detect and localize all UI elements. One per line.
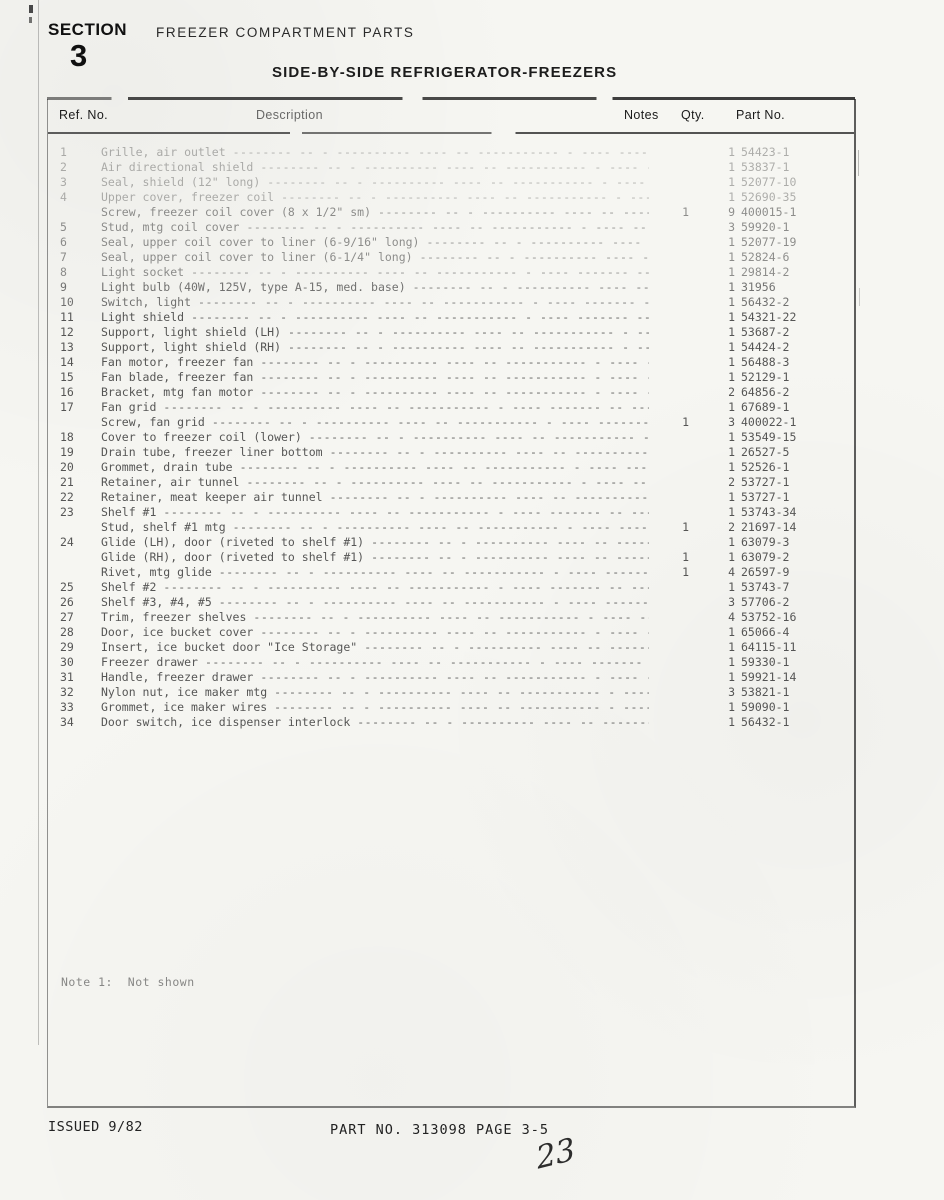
cell-qty: 1 — [693, 250, 739, 265]
cell-part-no: 59920-1 — [739, 220, 854, 235]
cell-ref-no: 1 — [48, 145, 101, 160]
cell-ref-no: 25 — [48, 580, 101, 595]
cell-description: Grommet, ice maker wires-------- -- - --… — [101, 700, 649, 715]
dash-leader: -------- -- - ---------- ---- -- -------… — [260, 625, 649, 640]
cell-part-no: 64856-2 — [739, 385, 854, 400]
section-title: FREEZER COMPARTMENT PARTS — [156, 25, 415, 40]
cell-part-no: 53727-1 — [739, 490, 854, 505]
cell-qty: 2 — [693, 475, 739, 490]
cell-description: Cover to freezer coil (lower)-------- --… — [101, 430, 649, 445]
cell-notes — [649, 445, 693, 460]
description-text: Fan motor, freezer fan — [101, 355, 253, 370]
cell-ref-no: 7 — [48, 250, 101, 265]
cell-description: Fan grid-------- -- - ---------- ---- --… — [101, 400, 649, 415]
table-row: 34Door switch, ice dispenser interlock--… — [48, 715, 854, 730]
cell-ref-no: 21 — [48, 475, 101, 490]
cell-qty: 2 — [693, 520, 739, 535]
cell-notes — [649, 385, 693, 400]
table-row: 1Grille, air outlet-------- -- - -------… — [48, 145, 854, 160]
description-text: Seal, upper coil cover to liner (6-9/16"… — [101, 235, 420, 250]
cell-qty: 1 — [693, 265, 739, 280]
cell-ref-no — [48, 565, 101, 580]
cell-description: Shelf #3, #4, #5-------- -- - ----------… — [101, 595, 649, 610]
cell-part-no: 53821-1 — [739, 685, 854, 700]
cell-part-no: 52077-10 — [739, 175, 854, 190]
dash-leader: -------- -- - ---------- ---- -- -------… — [330, 490, 649, 505]
description-text: Screw, freezer coil cover (8 x 1/2" sm) — [101, 205, 371, 220]
cell-notes — [649, 505, 693, 520]
dash-leader: -------- -- - ---------- ---- -- -------… — [330, 445, 649, 460]
cell-description: Fan blade, freezer fan-------- -- - ----… — [101, 370, 649, 385]
cell-ref-no: 13 — [48, 340, 101, 355]
cell-qty: 9 — [693, 205, 739, 220]
cell-qty: 1 — [693, 160, 739, 175]
cell-description: Retainer, air tunnel-------- -- - ------… — [101, 475, 649, 490]
cell-part-no: 52526-1 — [739, 460, 854, 475]
table-row: 25Shelf #2-------- -- - ---------- ---- … — [48, 580, 854, 595]
cell-description: Freezer drawer-------- -- - ---------- -… — [101, 655, 649, 670]
table-row: 7Seal, upper coil cover to liner (6-1/4"… — [48, 250, 854, 265]
cell-part-no: 52690-35 — [739, 190, 854, 205]
cell-ref-no: 28 — [48, 625, 101, 640]
cell-ref-no: 6 — [48, 235, 101, 250]
cell-notes: 1 — [649, 415, 693, 430]
scan-corner-mark — [29, 5, 33, 13]
cell-qty: 1 — [693, 235, 739, 250]
table-row: 23Shelf #1-------- -- - ---------- ---- … — [48, 505, 854, 520]
cell-qty: 1 — [693, 505, 739, 520]
cell-ref-no: 31 — [48, 670, 101, 685]
cell-ref-no: 34 — [48, 715, 101, 730]
cell-qty: 3 — [693, 595, 739, 610]
cell-notes — [649, 355, 693, 370]
table-row: 15Fan blade, freezer fan-------- -- - --… — [48, 370, 854, 385]
column-header-qty: Qty. — [681, 108, 705, 122]
description-text: Retainer, meat keeper air tunnel — [101, 490, 323, 505]
description-text: Grommet, drain tube — [101, 460, 233, 475]
cell-part-no: 56432-1 — [739, 715, 854, 730]
cell-description: Drain tube, freezer liner bottom--------… — [101, 445, 649, 460]
cell-qty: 1 — [693, 280, 739, 295]
cell-qty: 1 — [693, 670, 739, 685]
cell-notes — [649, 310, 693, 325]
cell-ref-no — [48, 415, 101, 430]
table-row: 30Freezer drawer-------- -- - ----------… — [48, 655, 854, 670]
cell-notes — [649, 715, 693, 730]
table-row: 9Light bulb (40W, 125V, type A-15, med. … — [48, 280, 854, 295]
cell-notes — [649, 475, 693, 490]
cell-qty: 1 — [693, 430, 739, 445]
table-row: Screw, freezer coil cover (8 x 1/2" sm)-… — [48, 205, 854, 220]
cell-notes — [649, 325, 693, 340]
description-text: Air directional shield — [101, 160, 253, 175]
cell-description: Seal, shield (12" long)-------- -- - ---… — [101, 175, 649, 190]
cell-part-no: 53743-34 — [739, 505, 854, 520]
dash-leader: -------- -- - ---------- ---- -- -------… — [274, 685, 649, 700]
cell-qty: 1 — [693, 655, 739, 670]
cell-notes — [649, 190, 693, 205]
cell-qty: 3 — [693, 220, 739, 235]
description-text: Glide (LH), door (riveted to shelf #1) — [101, 535, 364, 550]
description-text: Glide (RH), door (riveted to shelf #1) — [101, 550, 364, 565]
cell-ref-no: 14 — [48, 355, 101, 370]
cell-part-no: 57706-2 — [739, 595, 854, 610]
description-text: Door, ice bucket cover — [101, 625, 253, 640]
cell-description: Glide (LH), door (riveted to shelf #1)--… — [101, 535, 649, 550]
cell-notes — [649, 640, 693, 655]
cell-description: Seal, upper coil cover to liner (6-1/4" … — [101, 250, 649, 265]
table-row: 19Drain tube, freezer liner bottom------… — [48, 445, 854, 460]
cell-qty: 4 — [693, 610, 739, 625]
cell-description: Retainer, meat keeper air tunnel--------… — [101, 490, 649, 505]
description-text: Rivet, mtg glide — [101, 565, 212, 580]
cell-qty: 1 — [693, 400, 739, 415]
cell-part-no: 400022-1 — [739, 415, 854, 430]
table-row: Glide (RH), door (riveted to shelf #1)--… — [48, 550, 854, 565]
cell-notes: 1 — [649, 520, 693, 535]
section-label: SECTION — [48, 20, 127, 40]
table-note: Note 1: Not shown — [61, 975, 195, 989]
column-header-notes: Notes — [624, 108, 659, 122]
cell-qty: 2 — [693, 385, 739, 400]
table-row: 32Nylon nut, ice maker mtg-------- -- - … — [48, 685, 854, 700]
description-text: Stud, mtg coil cover — [101, 220, 239, 235]
table-row: Screw, fan grid-------- -- - ---------- … — [48, 415, 854, 430]
cell-ref-no: 23 — [48, 505, 101, 520]
cell-description: Seal, upper coil cover to liner (6-9/16"… — [101, 235, 649, 250]
scan-left-margin-line — [38, 0, 39, 1045]
cell-qty: 1 — [693, 640, 739, 655]
cell-description: Door switch, ice dispenser interlock----… — [101, 715, 649, 730]
dash-leader: -------- -- - ---------- ---- -- -------… — [205, 655, 649, 670]
description-text: Switch, light — [101, 295, 191, 310]
table-row: 11Light shield-------- -- - ---------- -… — [48, 310, 854, 325]
dash-leader: -------- -- - ---------- ---- -- -------… — [260, 160, 649, 175]
table-row: 27Trim, freezer shelves-------- -- - ---… — [48, 610, 854, 625]
footer-part-page: PART NO. 313098 PAGE 3-5 — [330, 1122, 549, 1138]
description-text: Shelf #2 — [101, 580, 156, 595]
dash-leader: -------- -- - ---------- ---- -- -------… — [219, 595, 649, 610]
cell-ref-no — [48, 205, 101, 220]
cell-qty: 1 — [693, 715, 739, 730]
cell-description: Trim, freezer shelves-------- -- - -----… — [101, 610, 649, 625]
cell-description: Fan motor, freezer fan-------- -- - ----… — [101, 355, 649, 370]
cell-ref-no: 24 — [48, 535, 101, 550]
description-text: Fan grid — [101, 400, 156, 415]
dash-leader: -------- -- - ---------- ---- -- -------… — [191, 310, 649, 325]
cell-notes — [649, 700, 693, 715]
cell-part-no: 53549-15 — [739, 430, 854, 445]
cell-part-no: 59330-1 — [739, 655, 854, 670]
description-text: Grille, air outlet — [101, 145, 226, 160]
cell-part-no: 64115-11 — [739, 640, 854, 655]
table-row: 10Switch, light-------- -- - ---------- … — [48, 295, 854, 310]
cell-ref-no — [48, 520, 101, 535]
cell-ref-no: 29 — [48, 640, 101, 655]
table-row: 14Fan motor, freezer fan-------- -- - --… — [48, 355, 854, 370]
cell-qty: 1 — [693, 340, 739, 355]
cell-notes — [649, 460, 693, 475]
cell-notes — [649, 175, 693, 190]
dash-leader: -------- -- - ---------- ---- -- -------… — [233, 145, 649, 160]
cell-qty: 1 — [693, 145, 739, 160]
cell-notes — [649, 280, 693, 295]
cell-description: Shelf #2-------- -- - ---------- ---- --… — [101, 580, 649, 595]
table-row: 3Seal, shield (12" long)-------- -- - --… — [48, 175, 854, 190]
cell-ref-no: 10 — [48, 295, 101, 310]
cell-qty: 1 — [693, 355, 739, 370]
table-row: 31Handle, freezer drawer-------- -- - --… — [48, 670, 854, 685]
description-text: Shelf #3, #4, #5 — [101, 595, 212, 610]
cell-ref-no: 22 — [48, 490, 101, 505]
dash-leader: -------- -- - ---------- ---- -- -------… — [378, 205, 649, 220]
table-row: 20Grommet, drain tube-------- -- - -----… — [48, 460, 854, 475]
cell-part-no: 54424-2 — [739, 340, 854, 355]
cell-ref-no: 20 — [48, 460, 101, 475]
dash-leader: -------- -- - ---------- ---- -- -------… — [413, 280, 649, 295]
cell-ref-no: 26 — [48, 595, 101, 610]
dash-leader: -------- -- - ---------- ---- -- -------… — [427, 235, 650, 250]
cell-description: Screw, fan grid-------- -- - ---------- … — [101, 415, 649, 430]
cell-description: Support, light shield (RH)-------- -- - … — [101, 340, 649, 355]
cell-notes — [649, 490, 693, 505]
cell-description: Screw, freezer coil cover (8 x 1/2" sm)-… — [101, 205, 649, 220]
dash-leader: -------- -- - ---------- ---- -- -------… — [191, 265, 649, 280]
description-text: Grommet, ice maker wires — [101, 700, 267, 715]
cell-description: Grommet, drain tube-------- -- - -------… — [101, 460, 649, 475]
cell-part-no: 59090-1 — [739, 700, 854, 715]
dash-leader: -------- -- - ---------- ---- -- -------… — [309, 430, 649, 445]
dash-leader: -------- -- - ---------- ---- -- -------… — [288, 325, 649, 340]
dash-leader: -------- -- - ---------- ---- -- -------… — [219, 565, 649, 580]
table-row: 13Support, light shield (RH)-------- -- … — [48, 340, 854, 355]
cell-qty: 4 — [693, 565, 739, 580]
cell-notes: 1 — [649, 205, 693, 220]
description-text: Trim, freezer shelves — [101, 610, 246, 625]
description-text: Bracket, mtg fan motor — [101, 385, 253, 400]
description-text: Screw, fan grid — [101, 415, 205, 430]
cell-ref-no: 3 — [48, 175, 101, 190]
cell-notes — [649, 430, 693, 445]
table-row: 12Support, light shield (LH)-------- -- … — [48, 325, 854, 340]
description-text: Support, light shield (RH) — [101, 340, 281, 355]
description-text: Light socket — [101, 265, 184, 280]
cell-description: Shelf #1-------- -- - ---------- ---- --… — [101, 505, 649, 520]
dash-leader: -------- -- - ---------- ---- -- -------… — [371, 550, 649, 565]
cell-qty: 1 — [693, 535, 739, 550]
cell-description: Switch, light-------- -- - ---------- --… — [101, 295, 649, 310]
table-row: 29Insert, ice bucket door "Ice Storage"-… — [48, 640, 854, 655]
dash-leader: -------- -- - ---------- ---- -- -------… — [260, 670, 649, 685]
cell-notes — [649, 625, 693, 640]
cell-description: Door, ice bucket cover-------- -- - ----… — [101, 625, 649, 640]
dash-leader: -------- -- - ---------- ---- -- -------… — [246, 220, 649, 235]
scan-corner-mark — [29, 17, 32, 23]
footer-issued-date: ISSUED 9/82 — [48, 1119, 143, 1135]
description-text: Stud, shelf #1 mtg — [101, 520, 226, 535]
dash-leader: -------- -- - ---------- ---- -- -------… — [240, 460, 649, 475]
cell-qty: 1 — [693, 310, 739, 325]
cell-description: Support, light shield (LH)-------- -- - … — [101, 325, 649, 340]
cell-ref-no: 17 — [48, 400, 101, 415]
parts-table: Ref. No. Description Notes Qty. Part No.… — [47, 99, 856, 1108]
cell-qty: 1 — [693, 295, 739, 310]
description-text: Door switch, ice dispenser interlock — [101, 715, 350, 730]
description-text: Retainer, air tunnel — [101, 475, 239, 490]
table-row: 26Shelf #3, #4, #5-------- -- - --------… — [48, 595, 854, 610]
cell-part-no: 26527-5 — [739, 445, 854, 460]
cell-notes — [649, 610, 693, 625]
cell-notes — [649, 595, 693, 610]
dash-leader: -------- -- - ---------- ---- -- -------… — [163, 580, 649, 595]
dash-leader: -------- -- - ---------- ---- -- -------… — [212, 415, 649, 430]
cell-ref-no: 9 — [48, 280, 101, 295]
table-row: 17Fan grid-------- -- - ---------- ---- … — [48, 400, 854, 415]
cell-part-no: 53837-1 — [739, 160, 854, 175]
cell-notes — [649, 685, 693, 700]
cell-qty: 1 — [693, 700, 739, 715]
cell-description: Stud, shelf #1 mtg-------- -- - --------… — [101, 520, 649, 535]
cell-part-no: 59921-14 — [739, 670, 854, 685]
table-row: 5Stud, mtg coil cover-------- -- - -----… — [48, 220, 854, 235]
cell-ref-no: 12 — [48, 325, 101, 340]
cell-description: Light shield-------- -- - ---------- ---… — [101, 310, 649, 325]
cell-description: Glide (RH), door (riveted to shelf #1)--… — [101, 550, 649, 565]
cell-ref-no: 18 — [48, 430, 101, 445]
dash-leader: -------- -- - ---------- ---- -- -------… — [274, 700, 649, 715]
cell-description: Light bulb (40W, 125V, type A-15, med. b… — [101, 280, 649, 295]
description-text: Light bulb (40W, 125V, type A-15, med. b… — [101, 280, 406, 295]
cell-part-no: 53752-16 — [739, 610, 854, 625]
column-header-ref: Ref. No. — [59, 108, 108, 122]
scan-edge-tick — [858, 150, 859, 176]
cell-ref-no: 4 — [48, 190, 101, 205]
cell-part-no: 21697-14 — [739, 520, 854, 535]
cell-qty: 1 — [693, 490, 739, 505]
cell-ref-no: 30 — [48, 655, 101, 670]
cell-ref-no: 33 — [48, 700, 101, 715]
dash-leader: -------- -- - ---------- ---- -- -------… — [253, 610, 649, 625]
table-row: 18Cover to freezer coil (lower)-------- … — [48, 430, 854, 445]
cell-part-no: 29814-2 — [739, 265, 854, 280]
cell-description: Handle, freezer drawer-------- -- - ----… — [101, 670, 649, 685]
cell-part-no: 67689-1 — [739, 400, 854, 415]
table-row: 22Retainer, meat keeper air tunnel------… — [48, 490, 854, 505]
cell-description: Bracket, mtg fan motor-------- -- - ----… — [101, 385, 649, 400]
cell-notes — [649, 340, 693, 355]
scan-edge-tick — [859, 288, 860, 306]
description-text: Upper cover, freezer coil — [101, 190, 274, 205]
cell-part-no: 31956 — [739, 280, 854, 295]
cell-ref-no: 2 — [48, 160, 101, 175]
description-text: Nylon nut, ice maker mtg — [101, 685, 267, 700]
table-header-rule — [48, 132, 854, 134]
cell-notes — [649, 220, 693, 235]
cell-notes — [649, 670, 693, 685]
cell-ref-no: 27 — [48, 610, 101, 625]
dash-leader: -------- -- - ---------- ---- -- -------… — [163, 400, 649, 415]
column-header-part: Part No. — [736, 108, 785, 122]
cell-part-no: 26597-9 — [739, 565, 854, 580]
cell-ref-no: 15 — [48, 370, 101, 385]
cell-part-no: 63079-3 — [739, 535, 854, 550]
cell-ref-no — [48, 550, 101, 565]
dash-leader: -------- -- - ---------- ---- -- -------… — [288, 340, 649, 355]
cell-ref-no: 32 — [48, 685, 101, 700]
cell-notes: 1 — [649, 550, 693, 565]
cell-qty: 1 — [693, 445, 739, 460]
cell-part-no: 56488-3 — [739, 355, 854, 370]
dash-leader: -------- -- - ---------- ---- -- -------… — [371, 535, 649, 550]
dash-leader: -------- -- - ---------- ---- -- -------… — [364, 640, 649, 655]
cell-notes — [649, 235, 693, 250]
description-text: Light shield — [101, 310, 184, 325]
cell-notes — [649, 400, 693, 415]
dash-leader: -------- -- - ---------- ---- -- -------… — [233, 520, 649, 535]
table-row: 6Seal, upper coil cover to liner (6-9/16… — [48, 235, 854, 250]
dash-leader: -------- -- - ---------- ---- -- -------… — [246, 475, 649, 490]
cell-description: Air directional shield-------- -- - ----… — [101, 160, 649, 175]
section-number: 3 — [70, 38, 87, 74]
dash-leader: -------- -- - ---------- ---- -- -------… — [260, 355, 649, 370]
cell-part-no: 54321-22 — [739, 310, 854, 325]
cell-part-no: 53687-2 — [739, 325, 854, 340]
cell-part-no: 400015-1 — [739, 205, 854, 220]
cell-notes — [649, 370, 693, 385]
description-text: Freezer drawer — [101, 655, 198, 670]
cell-notes — [649, 160, 693, 175]
dash-leader: -------- -- - ---------- ---- -- -------… — [267, 175, 649, 190]
cell-notes — [649, 250, 693, 265]
cell-part-no: 63079-2 — [739, 550, 854, 565]
table-top-rule — [47, 97, 855, 100]
cell-qty: 1 — [693, 550, 739, 565]
dash-leader: -------- -- - ---------- ---- -- -------… — [420, 250, 649, 265]
cell-notes — [649, 655, 693, 670]
cell-notes — [649, 145, 693, 160]
dash-leader: -------- -- - ---------- ---- -- -------… — [260, 370, 649, 385]
cell-qty: 1 — [693, 175, 739, 190]
description-text: Shelf #1 — [101, 505, 156, 520]
table-row: 21Retainer, air tunnel-------- -- - ----… — [48, 475, 854, 490]
description-text: Drain tube, freezer liner bottom — [101, 445, 323, 460]
description-text: Insert, ice bucket door "Ice Storage" — [101, 640, 357, 655]
table-body: 1Grille, air outlet-------- -- - -------… — [48, 145, 854, 730]
cell-part-no: 54423-1 — [739, 145, 854, 160]
table-row: 28Door, ice bucket cover-------- -- - --… — [48, 625, 854, 640]
cell-description: Light socket-------- -- - ---------- ---… — [101, 265, 649, 280]
cell-description: Grille, air outlet-------- -- - --------… — [101, 145, 649, 160]
description-text: Cover to freezer coil (lower) — [101, 430, 302, 445]
cell-notes — [649, 580, 693, 595]
cell-description: Nylon nut, ice maker mtg-------- -- - --… — [101, 685, 649, 700]
table-row: Rivet, mtg glide-------- -- - ----------… — [48, 565, 854, 580]
cell-qty: 1 — [693, 580, 739, 595]
cell-ref-no: 8 — [48, 265, 101, 280]
cell-ref-no: 16 — [48, 385, 101, 400]
cell-part-no: 53743-7 — [739, 580, 854, 595]
cell-description: Insert, ice bucket door "Ice Storage"---… — [101, 640, 649, 655]
handwritten-page-number: 23 — [534, 1131, 577, 1176]
cell-qty: 1 — [693, 460, 739, 475]
table-row: 2Air directional shield-------- -- - ---… — [48, 160, 854, 175]
cell-notes: 1 — [649, 565, 693, 580]
cell-description: Stud, mtg coil cover-------- -- - ------… — [101, 220, 649, 235]
dash-leader: -------- -- - ---------- ---- -- -------… — [198, 295, 649, 310]
cell-part-no: 52824-6 — [739, 250, 854, 265]
cell-ref-no: 11 — [48, 310, 101, 325]
description-text: Support, light shield (LH) — [101, 325, 281, 340]
